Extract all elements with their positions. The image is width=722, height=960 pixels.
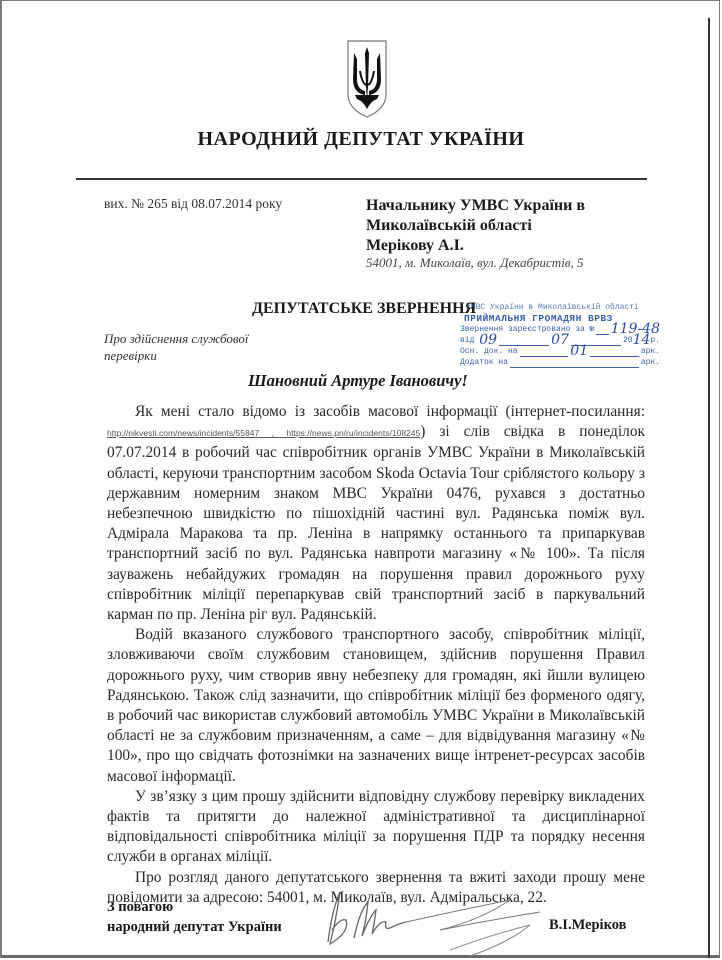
stamp-date-row: від 09 07 20 14 р. <box>460 335 660 346</box>
document-type-heading: ДЕПУТАТСЬКЕ ЗВЕРНЕННЯ <box>252 300 476 318</box>
stamp-main-doc-suffix: арк. <box>641 346 660 357</box>
outgoing-number: вих. № 265 від 08.07.2014 року <box>104 196 282 212</box>
stamp-main-doc-row: Осн. док. на 01 арк. <box>460 346 660 357</box>
reference-links[interactable]: http://nikvesti.com/news/incidents/55847… <box>107 428 420 438</box>
paragraph: У зв’язку з цим прошу здійснити відповід… <box>107 787 645 868</box>
page-title: НАРОДНИЙ ДЕПУТАТ УКРАЇНИ <box>0 128 722 151</box>
scan-edge <box>708 18 710 958</box>
letter-body: Як мені стало відомо із засобів масової … <box>107 402 645 908</box>
addressee-line: Начальнику УМВС України в <box>366 196 585 216</box>
stamp-attach-suffix: арк. <box>641 357 660 368</box>
paragraph: Водій вказаного службового транспортного… <box>107 625 645 787</box>
stamp-date-month: 07 <box>551 335 569 346</box>
stamp-date-year-prefix: 20 <box>623 335 633 346</box>
signer-name: В.І.Меріков <box>549 917 626 934</box>
header-divider-long <box>76 178 647 180</box>
closing-regards: З повагою <box>107 897 282 917</box>
addressee-line: Мерікову А.І. <box>366 236 585 256</box>
paragraph: Як мені стало відомо із засобів масової … <box>107 402 645 625</box>
stamp-main-doc-label: Осн. док. на <box>460 346 518 357</box>
stamp-org: УМВС України в Миколаївській області <box>460 302 660 313</box>
stamp-attach-row: Додаток на арк. <box>460 357 660 368</box>
stamp-date-suffix: р. <box>650 335 660 346</box>
registration-stamp: УМВС України в Миколаївській області ПРИ… <box>460 302 660 368</box>
stamp-date-day: 09 <box>479 335 497 346</box>
stamp-main-doc-value: 01 <box>570 346 588 357</box>
stamp-date-year: 14 <box>633 335 651 346</box>
closing-block: З повагою народний депутат України <box>107 897 282 937</box>
stamp-date-label: від <box>460 335 474 346</box>
trident-emblem-icon <box>346 39 388 119</box>
subject-line: Про здійснення службової перевірки <box>104 330 284 364</box>
stamp-attach-label: Додаток на <box>460 357 508 368</box>
addressee-address: 54001, м. Миколаїв, вул. Декабристів, 5 <box>366 255 583 271</box>
closing-title: народний депутат України <box>107 917 282 937</box>
addressee-line: Миколаївській області <box>366 216 585 236</box>
salutation: Шановний Артуре Івановичу! <box>248 371 468 391</box>
addressee-block: Начальнику УМВС України в Миколаївській … <box>366 196 585 256</box>
